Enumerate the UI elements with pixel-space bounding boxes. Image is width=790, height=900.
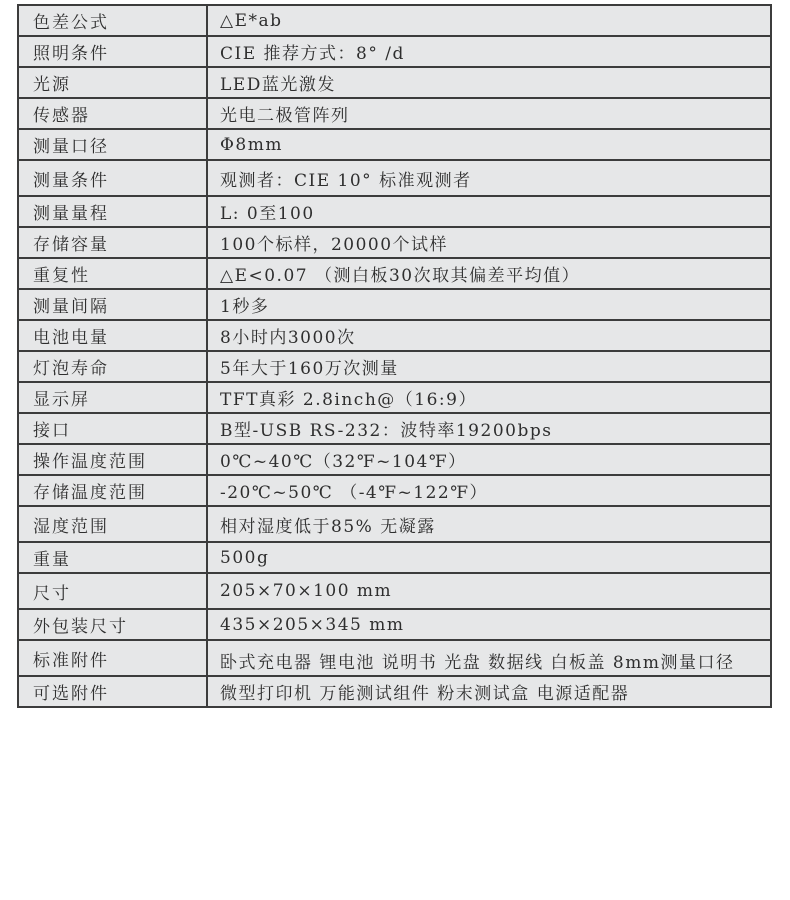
row-label: 显示屏 — [18, 382, 207, 413]
table-row: 电池电量 8小时内3000次 — [18, 320, 771, 351]
row-value: 205×70×100 mm — [207, 573, 771, 609]
table-row: 接口 B型-USB RS-232：波特率19200bps — [18, 413, 771, 444]
table-row: 照明条件 CIE 推荐方式：8° /d — [18, 36, 771, 67]
table-row: 湿度范围 相对湿度低于85% 无凝露 — [18, 506, 771, 542]
row-value: △E*ab — [207, 5, 771, 36]
table-row: 重复性 △E<0.07 （测白板30次取其偏差平均值） — [18, 258, 771, 289]
table-row: 存储容量 100个标样，20000个试样 — [18, 227, 771, 258]
row-label: 传感器 — [18, 98, 207, 129]
row-label: 测量量程 — [18, 196, 207, 227]
row-label: 标准附件 — [18, 640, 207, 676]
table-row: 可选附件 微型打印机 万能测试组件 粉末测试盒 电源适配器 — [18, 676, 771, 707]
row-value: L: 0至100 — [207, 196, 771, 227]
table-row: 测量间隔 1秒多 — [18, 289, 771, 320]
row-value: B型-USB RS-232：波特率19200bps — [207, 413, 771, 444]
row-label: 测量口径 — [18, 129, 207, 160]
row-label: 操作温度范围 — [18, 444, 207, 475]
row-label: 存储容量 — [18, 227, 207, 258]
row-value: TFT真彩 2.8inch@（16:9） — [207, 382, 771, 413]
row-label: 光源 — [18, 67, 207, 98]
row-label: 可选附件 — [18, 676, 207, 707]
table-row: 测量条件 观测者：CIE 10° 标准观测者 — [18, 160, 771, 196]
row-label: 色差公式 — [18, 5, 207, 36]
row-value: 1秒多 — [207, 289, 771, 320]
row-value: -20℃~50℃ （-4℉~122℉） — [207, 475, 771, 506]
row-value: LED蓝光激发 — [207, 67, 771, 98]
row-value: 0℃~40℃（32℉~104℉） — [207, 444, 771, 475]
row-value: 观测者：CIE 10° 标准观测者 — [207, 160, 771, 196]
row-value: 5年大于160万次测量 — [207, 351, 771, 382]
row-label: 湿度范围 — [18, 506, 207, 542]
row-label: 测量条件 — [18, 160, 207, 196]
row-value: CIE 推荐方式：8° /d — [207, 36, 771, 67]
row-value: 微型打印机 万能测试组件 粉末测试盒 电源适配器 — [207, 676, 771, 707]
row-value: 光电二极管阵列 — [207, 98, 771, 129]
table-row: 标准附件 卧式充电器 锂电池 说明书 光盘 数据线 白板盖 8mm测量口径 — [18, 640, 771, 676]
table-row: 测量口径 Φ8mm — [18, 129, 771, 160]
row-label: 灯泡寿命 — [18, 351, 207, 382]
spec-table: 色差公式 △E*ab 照明条件 CIE 推荐方式：8° /d 光源 LED蓝光激… — [17, 4, 772, 708]
row-value: 500g — [207, 542, 771, 573]
row-label: 测量间隔 — [18, 289, 207, 320]
row-value: △E<0.07 （测白板30次取其偏差平均值） — [207, 258, 771, 289]
row-value: 8小时内3000次 — [207, 320, 771, 351]
row-label: 外包装尺寸 — [18, 609, 207, 640]
row-value: 相对湿度低于85% 无凝露 — [207, 506, 771, 542]
row-value: 435×205×345 mm — [207, 609, 771, 640]
table-row: 灯泡寿命 5年大于160万次测量 — [18, 351, 771, 382]
table-row: 重量 500g — [18, 542, 771, 573]
table-row: 外包装尺寸 435×205×345 mm — [18, 609, 771, 640]
table-row: 光源 LED蓝光激发 — [18, 67, 771, 98]
row-label: 电池电量 — [18, 320, 207, 351]
row-value: Φ8mm — [207, 129, 771, 160]
table-row: 测量量程 L: 0至100 — [18, 196, 771, 227]
table-row: 存储温度范围 -20℃~50℃ （-4℉~122℉） — [18, 475, 771, 506]
row-label: 重量 — [18, 542, 207, 573]
row-label: 接口 — [18, 413, 207, 444]
table-row: 显示屏 TFT真彩 2.8inch@（16:9） — [18, 382, 771, 413]
table-row: 尺寸 205×70×100 mm — [18, 573, 771, 609]
row-value: 卧式充电器 锂电池 说明书 光盘 数据线 白板盖 8mm测量口径 — [207, 640, 771, 676]
table-row: 色差公式 △E*ab — [18, 5, 771, 36]
row-label: 存储温度范围 — [18, 475, 207, 506]
row-label: 照明条件 — [18, 36, 207, 67]
table-row: 传感器 光电二极管阵列 — [18, 98, 771, 129]
row-label: 重复性 — [18, 258, 207, 289]
table-row: 操作温度范围 0℃~40℃（32℉~104℉） — [18, 444, 771, 475]
row-label: 尺寸 — [18, 573, 207, 609]
row-value: 100个标样，20000个试样 — [207, 227, 771, 258]
